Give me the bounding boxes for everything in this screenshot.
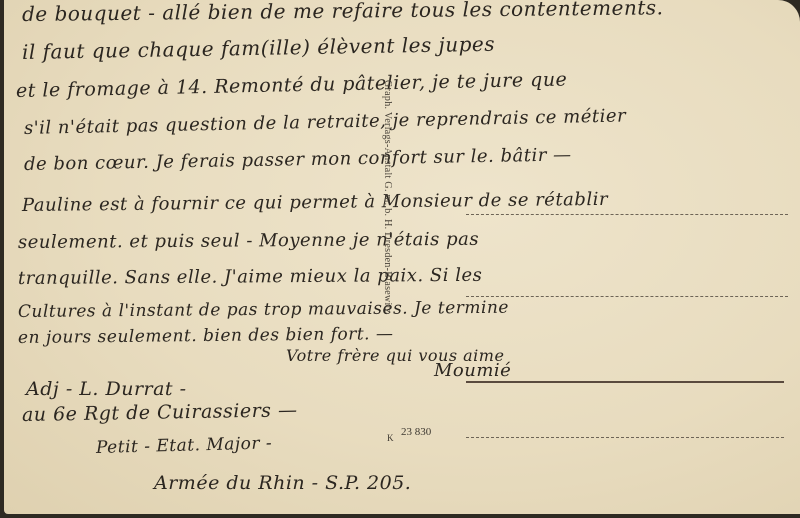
serial-number: 23 830 xyxy=(401,426,431,438)
address-rule-2 xyxy=(466,296,788,297)
signature: Moumié xyxy=(434,360,511,381)
message-line-4: s'il n'était pas question de la retraite… xyxy=(24,105,627,139)
message-line-7: seulement. et puis seul - Moyenne je n'é… xyxy=(18,229,479,253)
message-line-9: Cultures à l'instant de pas trop mauvais… xyxy=(18,298,509,322)
address-line-1: Adj - L. Durrat - xyxy=(26,378,187,400)
address-rule-1 xyxy=(466,214,788,215)
postcard-back: de bouquet - allé bien de me refaire tou… xyxy=(4,0,800,514)
publisher-imprint: Graph. Verlags-Anstalt G. m. b. H. Dresd… xyxy=(382,80,393,313)
message-line-1: de bouquet - allé bien de me refaire tou… xyxy=(22,0,664,26)
address-line-4: Armée du Rhin - S.P. 205. xyxy=(154,472,411,494)
message-line-8: tranquille. Sans elle. J'aime mieux la p… xyxy=(18,265,482,289)
address-line-2: au 6e Rgt de Cuirassiers — xyxy=(22,399,298,426)
message-line-2: il faut que chaque fam(ille) élèvent les… xyxy=(22,32,495,64)
message-line-10: en jours seulement. bien des bien fort. … xyxy=(18,324,394,348)
serial-mark: K xyxy=(387,433,394,443)
address-line-3: Petit - Etat. Major - xyxy=(96,433,273,458)
message-line-3: et le fromage à 14. Remonté du pâtelier,… xyxy=(16,68,568,102)
message-line-5: de bon cœur. Je ferais passer mon confor… xyxy=(24,144,572,175)
message-line-6: Pauline est à fournir ce qui permet à Mo… xyxy=(22,189,608,216)
address-rule-3 xyxy=(466,381,784,383)
address-rule-4 xyxy=(466,437,784,438)
